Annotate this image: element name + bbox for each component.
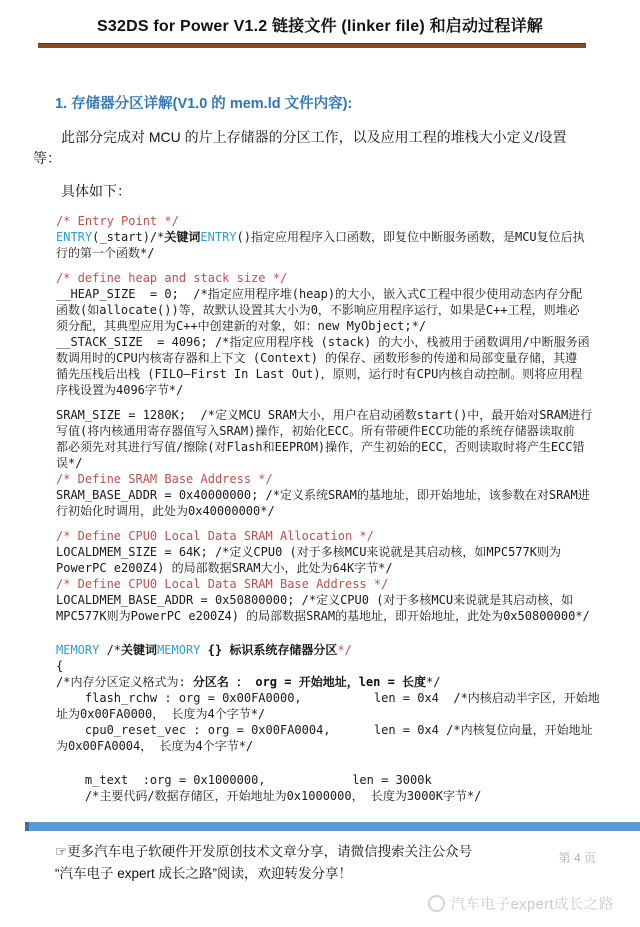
code-line: 址为0x00FA0000， 长度为4个字节*/ — [56, 706, 640, 722]
code-line: /*主要代码/数据存储区，开始地址为0x1000000， 长度为3000K字节*… — [56, 788, 640, 804]
code-line: 行的第一个函数*/ — [56, 245, 640, 261]
watermark-logo-icon — [428, 895, 445, 912]
code-line: 函数(如allocate())等，故默认设置其大小为0，不影响应用程序运行，如果… — [56, 302, 640, 318]
intro-paragraph: 此部分完成对 MCU 的片上存储器的分区工作，以及应用工程的堆栈大小定义/设置 … — [33, 127, 602, 169]
code-line: LOCALDMEM_SIZE = 64K; /*定义CPU0 (对于多核MCU来… — [56, 544, 640, 560]
code-line: /* Define CPU0 Local Data SRAM Base Addr… — [56, 576, 640, 592]
document-page: S32DS for Power V1.2 链接文件 (linker file) … — [0, 0, 640, 927]
footer-note-line2: “汽车电子 expert 成长之路”阅读，欢迎转发分享！ — [55, 863, 495, 885]
code-line: __STACK_SIZE = 4096; /*指定应用程序栈 (stack) 的… — [56, 334, 640, 350]
code-line: { — [56, 658, 640, 674]
intro-paragraph-line1: 此部分完成对 MCU 的片上存储器的分区工作，以及应用工程的堆栈大小定义/设置 — [33, 127, 602, 148]
code-line: 数调用时的CPU内核寄存器和上下文 (Context) 的保存、函数形参的传递和… — [56, 350, 640, 366]
code-line: MPC577K则为PowerPC e200Z4) 的局部数据SRAM的基地址，即… — [56, 608, 640, 624]
code-line: SRAM_BASE_ADDR = 0x40000000; /*定义系统SRAM的… — [56, 487, 640, 503]
code-line: m_text :org = 0x1000000, len = 3000k — [56, 772, 640, 788]
code-line: 循先压栈后出栈 (FILO—First In Last Out)，原则，运行时有… — [56, 366, 640, 382]
code-line: /* Define SRAM Base Address */ — [56, 471, 640, 487]
code-line: SRAM_SIZE = 1280K; /*定义MCU SRAM大小，用户在启动函… — [56, 407, 640, 423]
code-line: 行初始化时调用，此处为0x40000000*/ — [56, 503, 640, 519]
intro-lead: 具体如下： — [33, 181, 602, 201]
page-title: S32DS for Power V1.2 链接文件 (linker file) … — [0, 13, 640, 36]
code-line: MEMORY /*关键词MEMORY {} 标识系统存储器分区*/ — [56, 642, 640, 658]
code-line: LOCALDMEM_BASE_ADDR = 0x50800000; /*定义CP… — [56, 592, 640, 608]
title-divider — [38, 43, 586, 48]
doc-body: 1. 存储器分区详解(V1.0 的 mem.ld 文件内容): 此部分完成对 M… — [0, 92, 640, 804]
watermark-text: 汽车电子expert成长之路 — [451, 893, 614, 914]
code-line: cpu0_reset_vec : org = 0x00FA0004, len =… — [56, 722, 640, 738]
watermark: 汽车电子expert成长之路 — [428, 893, 614, 914]
footer-note-line1: ☞更多汽车电子软硬件开发原创技术文章分享，请微信搜索关注公众号 — [55, 841, 495, 863]
code-line: /* Define CPU0 Local Data SRAM Allocatio… — [56, 528, 640, 544]
code-line — [56, 763, 640, 772]
code-line: 序栈设置为4096字节*/ — [56, 382, 640, 398]
section-heading: 1. 存储器分区详解(V1.0 的 mem.ld 文件内容): — [55, 92, 640, 113]
code-line — [56, 754, 640, 763]
code-line — [56, 261, 640, 270]
doc-header: S32DS for Power V1.2 链接文件 (linker file) … — [0, 0, 640, 48]
code-line: ENTRY(_start)/*关键词ENTRY()指定应用程序入口函数，即复位中… — [56, 229, 640, 245]
code-line: 为0x00FA0004， 长度为4个字节*/ — [56, 738, 640, 754]
code-line: 写值(将内核通用寄存器值写入SRAM)操作，初始化ECC。所有带硬件ECC功能的… — [56, 423, 640, 439]
linker-file-code: /* Entry Point */ENTRY(_start)/*关键词ENTRY… — [56, 213, 640, 804]
code-line: /* Entry Point */ — [56, 213, 640, 229]
code-line — [56, 633, 640, 642]
footer-note: ☞更多汽车电子软硬件开发原创技术文章分享，请微信搜索关注公众号 “汽车电子 ex… — [55, 841, 495, 885]
intro-paragraph-line2: 等： — [33, 148, 602, 169]
code-line: flash_rchw : org = 0x00FA0000, len = 0x4… — [56, 690, 640, 706]
code-line: 误*/ — [56, 455, 640, 471]
code-line: /*内存分区定义格式为: 分区名 ： org = 开始地址，len = 长度*/ — [56, 674, 640, 690]
code-line — [56, 519, 640, 528]
code-line: /* define heap and stack size */ — [56, 270, 640, 286]
footer-divider-bar — [25, 822, 640, 831]
code-line — [56, 398, 640, 407]
page-number: 第 4 页 — [559, 849, 596, 866]
code-line — [56, 624, 640, 633]
code-line: 都必须先对其进行写值/擦除(对Flash和EEPROM)操作，产生初始的ECC，… — [56, 439, 640, 455]
code-line: 须分配，其典型应用为C++中创建新的对象，如：new MyObject;*/ — [56, 318, 640, 334]
code-line: PowerPC e200Z4) 的局部数据SRAM大小，此处为64K字节*/ — [56, 560, 640, 576]
code-line: __HEAP_SIZE = 0; /*指定应用程序堆(heap)的大小，嵌入式C… — [56, 286, 640, 302]
